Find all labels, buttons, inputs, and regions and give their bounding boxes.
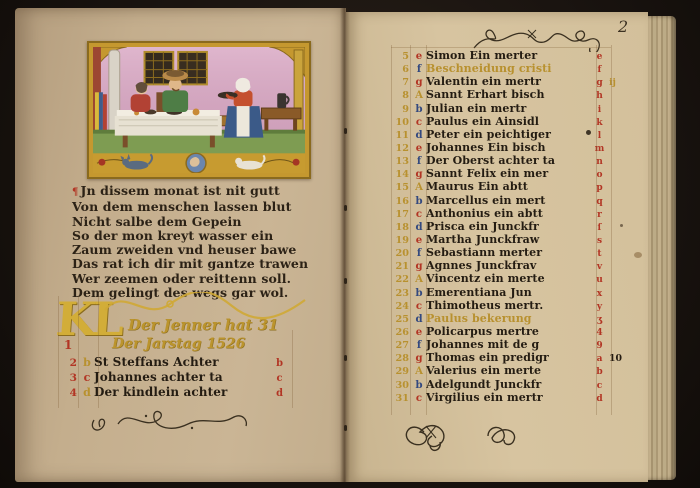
feast-name: Anthonius ein abtt bbox=[426, 207, 593, 220]
day-number: 24 bbox=[392, 301, 412, 312]
day-number: 29 bbox=[392, 366, 412, 377]
dominical-letter: A bbox=[412, 181, 426, 193]
calendar-miniature bbox=[87, 41, 311, 179]
margin-letter: d bbox=[593, 394, 606, 404]
dominical-letter: c bbox=[412, 116, 426, 128]
binding-stitch bbox=[344, 128, 347, 134]
dominical-letter: f bbox=[412, 155, 426, 167]
ruling-line bbox=[58, 296, 59, 408]
margin-letter: i bbox=[593, 105, 606, 115]
dominical-letter: A bbox=[412, 89, 426, 101]
day-number: 21 bbox=[392, 261, 412, 272]
binding-stitch bbox=[344, 355, 347, 361]
ruling-line bbox=[78, 296, 79, 408]
feast-name: Virgilius ein mertr bbox=[426, 391, 593, 404]
dominical-letter: e bbox=[412, 326, 426, 338]
ink-spot bbox=[586, 130, 591, 135]
dominical-letter: b bbox=[412, 379, 426, 391]
feast-name: Agnnes Junckfrav bbox=[426, 259, 593, 272]
dominical-letter: b bbox=[412, 195, 426, 207]
ruling-line bbox=[391, 45, 392, 415]
feast-name: Beschneidung cristi bbox=[426, 62, 593, 75]
stain-spot bbox=[634, 252, 642, 258]
feast-name: Emerentiana Jun bbox=[426, 286, 593, 299]
day-number: 5 bbox=[392, 51, 412, 62]
feast-name: Sannt Felix ein mer bbox=[426, 167, 593, 180]
verse-text: Von dem menschen lassen blut bbox=[72, 199, 291, 214]
pen-flourish-icon bbox=[466, 6, 622, 52]
zodiac-band bbox=[93, 153, 305, 173]
day-number: 4 bbox=[60, 387, 80, 399]
dominical-letter: A bbox=[412, 273, 426, 285]
day-number: 18 bbox=[392, 222, 412, 233]
verse-line: Das rat ich dir mit gantze trawen bbox=[72, 257, 328, 271]
feast-name: Vincentz ein merte bbox=[426, 272, 593, 285]
day-number: 27 bbox=[392, 340, 412, 351]
ruling-line bbox=[98, 296, 99, 408]
margin-letter: s bbox=[593, 236, 606, 246]
day-number: 22 bbox=[392, 274, 412, 285]
margin-letter: c bbox=[273, 373, 286, 384]
margin-letter: b bbox=[273, 358, 286, 369]
margin-letter: d bbox=[273, 388, 286, 399]
margin-letter: ſ bbox=[593, 223, 606, 233]
dominical-letter: c bbox=[412, 392, 426, 404]
day-number: 6 bbox=[392, 64, 412, 75]
day-number: 8 bbox=[392, 90, 412, 101]
feast-name: Der kindlein achter bbox=[94, 385, 273, 399]
margin-letter: a bbox=[593, 354, 606, 364]
margin-letter: c bbox=[593, 381, 606, 391]
feast-name: Johannes achter ta bbox=[94, 370, 273, 384]
margin-letter: f bbox=[593, 65, 606, 75]
dominical-letter: A bbox=[412, 365, 426, 377]
day-number: 28 bbox=[392, 353, 412, 364]
ruling-line bbox=[611, 45, 612, 415]
dominical-letter: f bbox=[412, 339, 426, 351]
margin-letter: q bbox=[593, 197, 606, 207]
ruling-line bbox=[596, 45, 597, 415]
ruling-line bbox=[410, 45, 411, 415]
day-number: 17 bbox=[392, 209, 412, 220]
verse-text: Das rat ich dir mit gantze trawen bbox=[72, 256, 308, 271]
margin-letter: h bbox=[593, 91, 606, 101]
margin-letter: p bbox=[593, 183, 606, 193]
ruling-line bbox=[426, 45, 427, 415]
dominical-letter: b bbox=[412, 103, 426, 115]
dominical-letter: c bbox=[80, 371, 94, 384]
margin-letter: y bbox=[593, 302, 606, 312]
day-number: 16 bbox=[392, 196, 412, 207]
feast-name: Marcellus ein mert bbox=[426, 194, 593, 207]
day-number: 2 bbox=[60, 357, 80, 369]
manuscript-photo: ¶Jn dissem monat ist nit guttVon dem men… bbox=[0, 0, 700, 488]
margin-letter: b bbox=[593, 367, 606, 377]
day-number: 20 bbox=[392, 248, 412, 259]
verse-line: Wer zeemen oder reittenn soll. bbox=[72, 272, 328, 286]
dominical-letter: f bbox=[412, 247, 426, 259]
day-number: 19 bbox=[392, 235, 412, 246]
day-number: 23 bbox=[392, 288, 412, 299]
day-number: 31 bbox=[392, 393, 412, 404]
margin-letter: l bbox=[593, 131, 606, 141]
feast-name: Valentin ein mertr bbox=[426, 75, 593, 88]
day-number: 9 bbox=[392, 104, 412, 115]
feast-name: Policarpus mertre bbox=[426, 325, 593, 338]
feast-name: Valerius ein merte bbox=[426, 364, 593, 377]
paragraph-mark-icon: ¶ bbox=[72, 187, 78, 198]
dominical-letter: d bbox=[412, 313, 426, 325]
verse-line: Nicht salbe dem Gepein bbox=[72, 215, 328, 229]
margin-note: 10 bbox=[606, 353, 632, 364]
verse-line: Von dem menschen lassen blut bbox=[72, 200, 328, 214]
day-number: 26 bbox=[392, 327, 412, 338]
margin-letter: m bbox=[593, 144, 606, 154]
day-number: 7 bbox=[392, 77, 412, 88]
feast-name: Thimotheus mertr. bbox=[426, 299, 593, 312]
dominical-letter: e bbox=[412, 142, 426, 154]
verse-line: So der mon kreyt wasser ein bbox=[72, 229, 328, 243]
verse-text: Wer zeemen oder reittenn soll. bbox=[72, 271, 291, 286]
feast-name: Peter ein peichtiger bbox=[426, 128, 593, 141]
margin-letter: o bbox=[593, 170, 606, 180]
ruling-line bbox=[391, 47, 611, 48]
day-number: 13 bbox=[392, 156, 412, 167]
day-number: 11 bbox=[392, 130, 412, 141]
dominical-letter: d bbox=[412, 221, 426, 233]
dominical-letter: c bbox=[412, 300, 426, 312]
margin-letter: u bbox=[593, 275, 606, 285]
margin-letter: e bbox=[593, 52, 606, 62]
margin-letter: k bbox=[593, 118, 606, 128]
dominical-letter: b bbox=[412, 287, 426, 299]
feast-name: Sannt Erhart bisch bbox=[426, 88, 593, 101]
margin-letter: g bbox=[593, 78, 606, 88]
day-number: 14 bbox=[392, 169, 412, 180]
day-number-1: 1 bbox=[64, 338, 72, 352]
verse-text: Jn dissem monat ist nit gutt bbox=[80, 183, 279, 198]
dominical-letter: e bbox=[412, 234, 426, 246]
binding-stitch bbox=[344, 205, 347, 211]
margin-letter: ʒ bbox=[593, 315, 606, 325]
fore-edge-page-stack bbox=[648, 16, 676, 480]
dominical-letter: g bbox=[412, 352, 426, 364]
feast-name: Julian ein mertr bbox=[426, 102, 593, 115]
verse-text: Zaum zweiden vnd heuser bawe bbox=[72, 242, 296, 257]
dominical-letter: f bbox=[412, 63, 426, 75]
feast-name: Paulus ein Ainsidl bbox=[426, 115, 593, 128]
margin-letter: 9 bbox=[593, 341, 606, 351]
dominical-letter: g bbox=[412, 76, 426, 88]
pen-flourish-icon bbox=[396, 412, 576, 458]
feast-name: Prisca ein Junckfr bbox=[426, 220, 593, 233]
dominical-letter: c bbox=[412, 208, 426, 220]
feast-name: Paulus bekerung bbox=[426, 312, 593, 325]
binding-stitch bbox=[344, 278, 347, 284]
dominical-letter: e bbox=[412, 50, 426, 62]
verse-line: Zaum zweiden vnd heuser bawe bbox=[72, 243, 328, 257]
feast-name: Sebastiann merter bbox=[426, 246, 593, 259]
month-header: Der Jenner hat 31 bbox=[128, 316, 278, 334]
feast-name: Maurus Ein abtt bbox=[426, 180, 593, 193]
feast-name: Adelgundt Junckfr bbox=[426, 378, 593, 391]
margin-letter: v bbox=[593, 262, 606, 272]
feast-name: Johannes Ein bisch bbox=[426, 141, 593, 154]
dominical-letter: b bbox=[80, 356, 94, 369]
stain-spot bbox=[620, 224, 623, 227]
dominical-letter: d bbox=[80, 386, 94, 399]
dominical-letter: g bbox=[412, 168, 426, 180]
feast-name: Martha Junckfraw bbox=[426, 233, 593, 246]
aquarius-roundel bbox=[186, 153, 206, 173]
ruling-line bbox=[292, 330, 293, 408]
margin-letter: r bbox=[593, 210, 606, 220]
verse-line: ¶Jn dissem monat ist nit gutt bbox=[72, 184, 328, 200]
feast-name: St Steffans Achter bbox=[94, 355, 273, 369]
binding-stitch bbox=[344, 425, 347, 431]
day-number: 10 bbox=[392, 117, 412, 128]
feast-name: Johannes mit de g bbox=[426, 338, 593, 351]
margin-note: ij bbox=[606, 77, 632, 88]
feast-name: Thomas ein predigr bbox=[426, 351, 593, 364]
margin-letter: x bbox=[593, 289, 606, 299]
feast-scene-illustration bbox=[93, 47, 305, 173]
first-day-entry: Der Jarstag 1526 bbox=[112, 336, 245, 352]
dominical-letter: d bbox=[412, 129, 426, 141]
january-verse: ¶Jn dissem monat ist nit guttVon dem men… bbox=[72, 184, 328, 300]
day-number: 30 bbox=[392, 380, 412, 391]
margin-letter: t bbox=[593, 249, 606, 259]
day-number: 15 bbox=[392, 182, 412, 193]
day-number: 25 bbox=[392, 314, 412, 325]
binding-gutter bbox=[340, 8, 350, 482]
hanging-cloth bbox=[95, 92, 107, 135]
feast-name: Der Oberst achter ta bbox=[426, 154, 593, 167]
feast-name: Simon Ein merter bbox=[426, 49, 593, 62]
pen-flourish-icon bbox=[88, 402, 258, 444]
verse-text: So der mon kreyt wasser ein bbox=[72, 228, 273, 243]
dominical-letter: g bbox=[412, 260, 426, 272]
day-number: 3 bbox=[60, 372, 80, 384]
day-number: 12 bbox=[392, 143, 412, 154]
margin-letter: n bbox=[593, 157, 606, 167]
verse-text: Nicht salbe dem Gepein bbox=[72, 214, 242, 229]
margin-letter: 4 bbox=[593, 328, 606, 338]
